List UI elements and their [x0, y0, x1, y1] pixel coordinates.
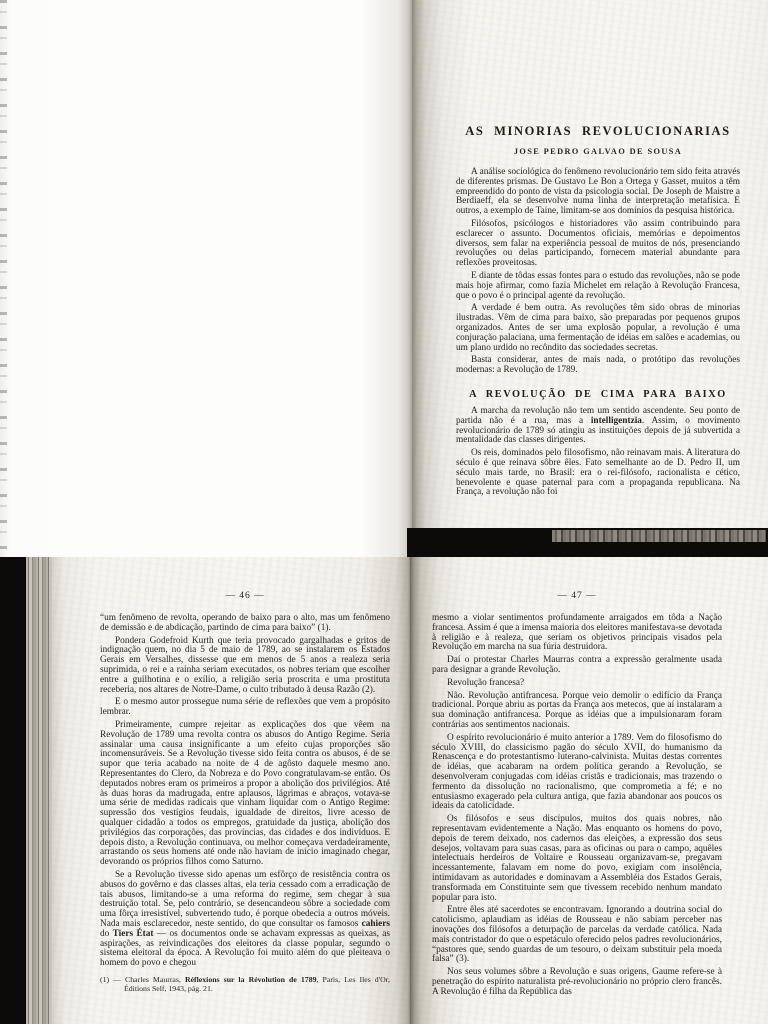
- section-heading: A REVOLUÇÃO DE CIMA PARA BAIXO: [456, 389, 740, 400]
- page-number: — 47 —: [432, 591, 722, 601]
- paragraph: Revolução francesa?: [432, 679, 722, 689]
- paragraph: “um fenômeno de revolta, operando de bai…: [100, 614, 390, 634]
- paragraph: Os reis, dominados pelo filosofismo, não…: [456, 449, 740, 498]
- paragraph: E o mesmo autor prossegue numa série de …: [100, 698, 390, 718]
- page-46: — 46 — “um fenômeno de revolta, operando…: [52, 557, 410, 1024]
- blank-left-page: [0, 0, 412, 557]
- paragraph: Se a Revolução tivesse sido apenas um es…: [100, 871, 390, 969]
- article-first-page: AS MINORIAS REVOLUCIONARIAS JOSE PEDRO G…: [412, 0, 768, 529]
- bold-term: intelligentzia: [591, 416, 642, 426]
- paragraph: Daí o protestar Charles Maurras contra a…: [432, 656, 722, 676]
- page-47: — 47 — mesmo a violar sentimentos profun…: [410, 557, 768, 1024]
- bold-term: cahiers: [362, 919, 390, 929]
- paragraph: Pondera Godefroid Kurth que teria provoc…: [100, 637, 390, 696]
- paragraph: Não. Revolução antifrancesa. Porque veio…: [432, 692, 722, 731]
- top-page-spread: AS MINORIAS REVOLUCIONARIAS JOSE PEDRO G…: [0, 0, 768, 557]
- scanned-book-document: AS MINORIAS REVOLUCIONARIAS JOSE PEDRO G…: [0, 0, 768, 1024]
- scan-edge-artifacts: [0, 0, 7, 557]
- paragraph: Filósofos, psicólogos e historiadores vã…: [456, 220, 740, 269]
- footnote: (1) — Charles Maurras, Réflexions sur la…: [100, 976, 390, 994]
- book-spine-texture: [26, 557, 52, 1024]
- bold-term: Tiers État: [113, 929, 154, 939]
- bottom-page-spread: — 46 — “um fenômeno de revolta, operando…: [0, 557, 768, 1024]
- paragraph: Entre êles até sacerdotes se encontravam…: [432, 906, 722, 965]
- text-column: AS MINORIAS REVOLUCIONARIAS JOSE PEDRO G…: [456, 0, 740, 498]
- page-number: — 46 —: [100, 591, 390, 601]
- book-fore-edge-texture: [552, 530, 766, 542]
- paragraph: E diante de tôdas essas fontes para o es…: [456, 272, 740, 301]
- paragraph: Basta considerar, antes de mais nada, o …: [456, 356, 740, 376]
- paragraph-text: do: [100, 929, 113, 939]
- scan-black-band: [407, 528, 768, 557]
- text-column: — 46 — “um fenômeno de revolta, operando…: [100, 557, 390, 993]
- paragraph: Primeiramente, cumpre rejeitar as explic…: [100, 721, 390, 868]
- paragraph: mesmo a violar sentimentos profundamente…: [432, 614, 722, 653]
- paragraph: Os filósofos e seus discípulos, muitos d…: [432, 815, 722, 903]
- paragraph: A análise sociológica do fenômeno revolu…: [456, 168, 740, 217]
- footnote-text: (1) — Charles Maurras,: [100, 975, 185, 984]
- article-title: AS MINORIAS REVOLUCIONARIAS: [456, 124, 740, 139]
- text-column: — 47 — mesmo a violar sentimentos profun…: [432, 557, 722, 997]
- scan-left-black-edge: [0, 557, 26, 1024]
- paragraph: A marcha da revolução não tem um sentido…: [456, 407, 740, 446]
- paragraph: Nos seus volumes sôbre a Revolução e sua…: [432, 968, 722, 997]
- article-byline: JOSE PEDRO GALVAO DE SOUSA: [456, 147, 740, 156]
- paragraph-text: Se a Revolução tivesse sido apenas um es…: [100, 870, 390, 929]
- footnote-book-title: Réflexions sur la Révolution de 1789: [185, 975, 317, 984]
- paragraph: A verdade é bem outra. As revoluções têm…: [456, 304, 740, 353]
- paragraph: O espírito revolucionário é muito anteri…: [432, 734, 722, 812]
